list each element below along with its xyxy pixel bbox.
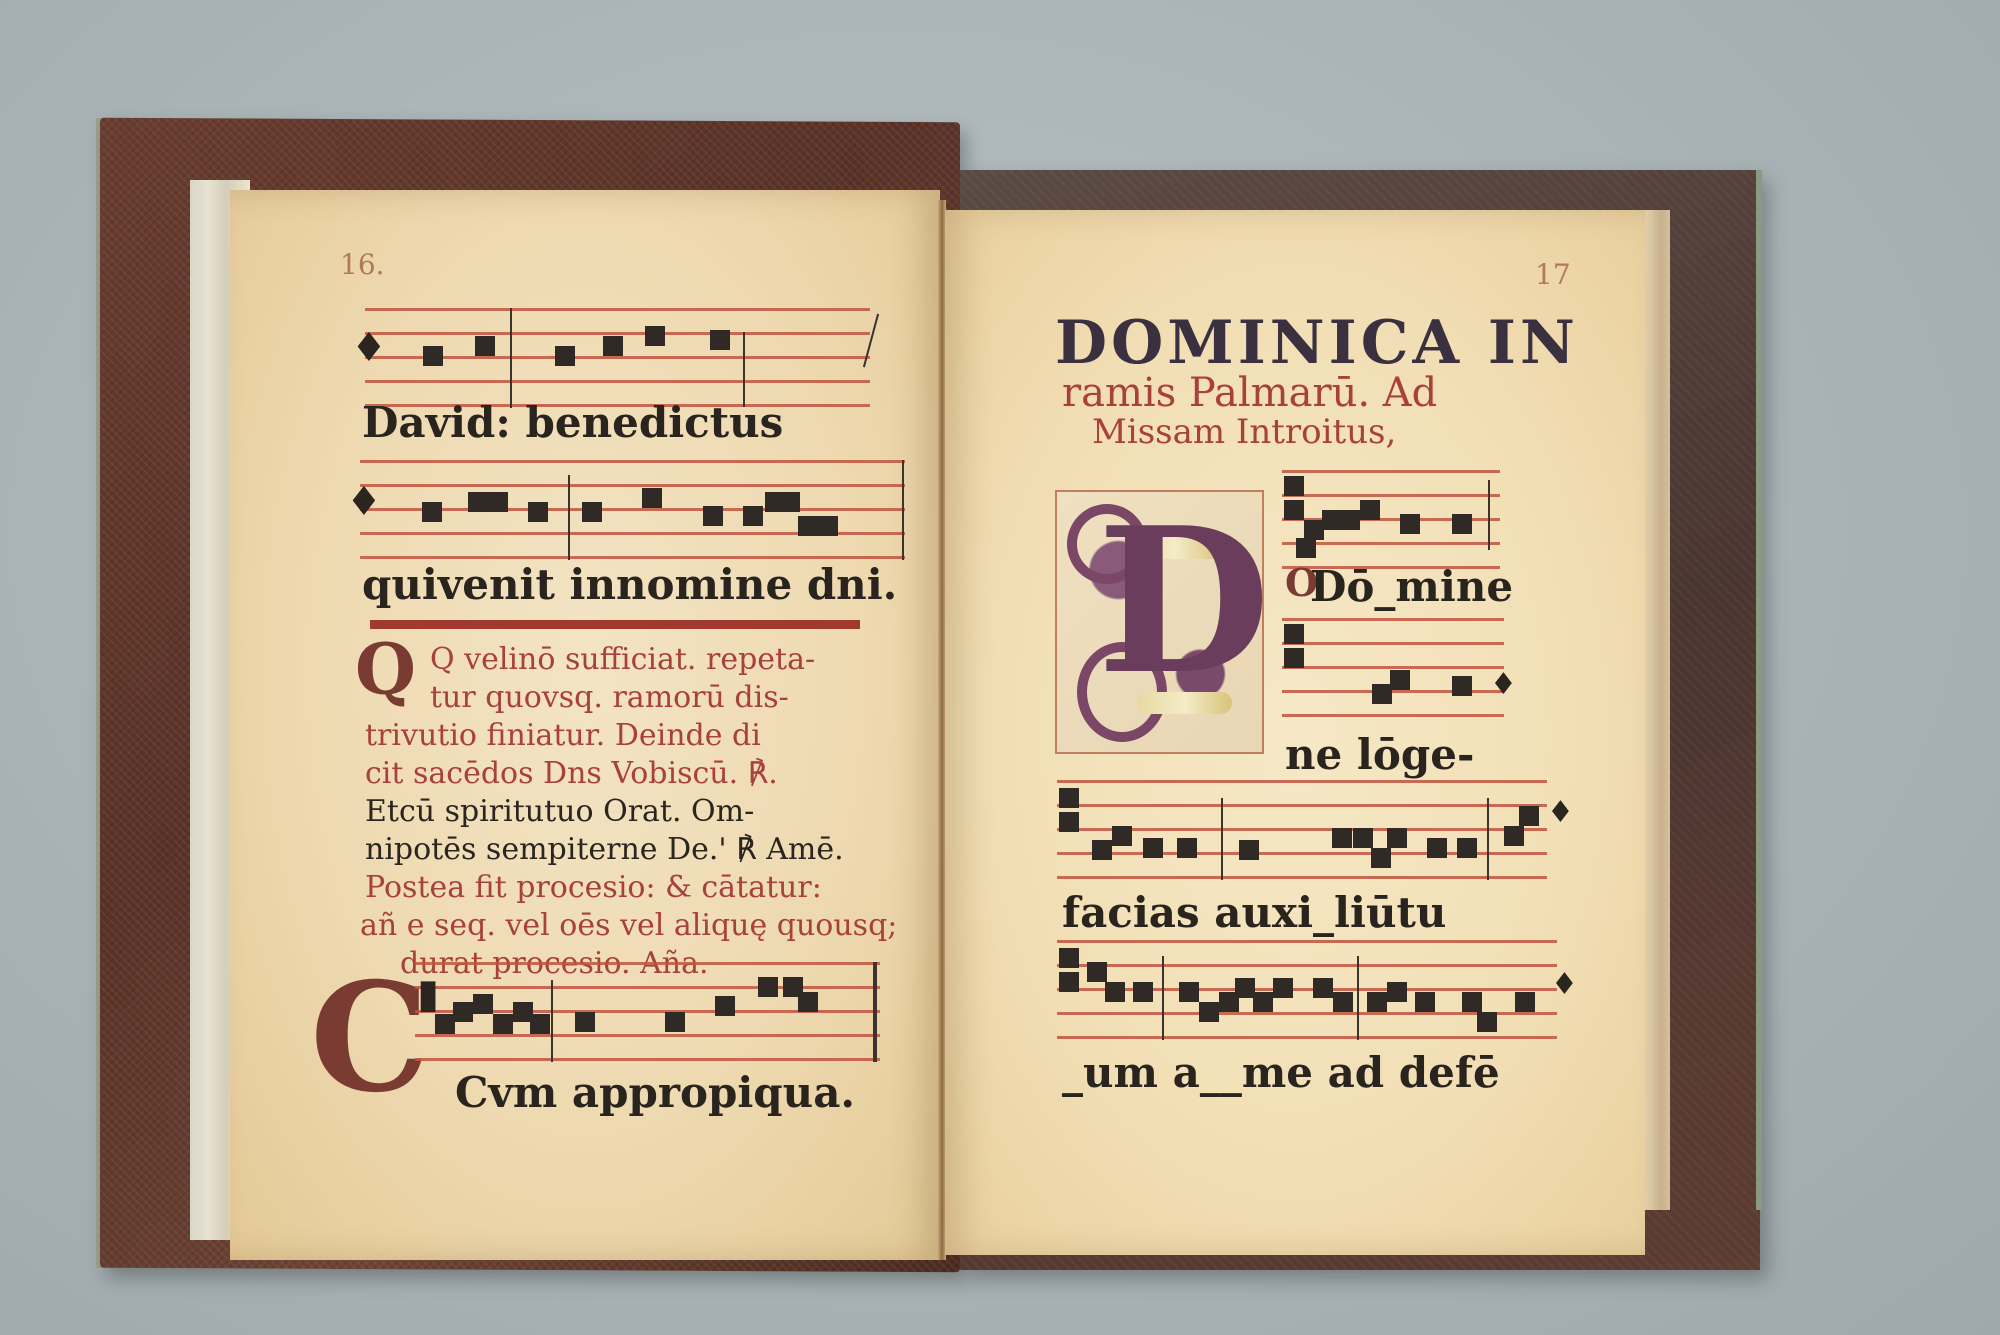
feast-subtitle: ramis Palmarū. Ad bbox=[1062, 370, 1437, 416]
clef-icon: ♦ bbox=[351, 328, 387, 368]
custos-icon: ♦ bbox=[1551, 970, 1578, 1000]
rubric-line: tur quovsq. ramorū dis- bbox=[430, 680, 789, 715]
lyric-line: _um a__me ad defē bbox=[1062, 1048, 1500, 1097]
lyric-line: ne lōge- bbox=[1285, 730, 1474, 779]
clef-icon: ♦ bbox=[346, 482, 382, 522]
feast-subtitle: Missam Introitus, bbox=[1092, 412, 1396, 452]
custos-icon: ♦ bbox=[1490, 670, 1517, 700]
lyric-line: Dō_mine bbox=[1310, 562, 1513, 611]
music-staff: ♦ bbox=[360, 460, 905, 560]
folio-number-right: 17 bbox=[1535, 258, 1571, 291]
rubric-line: añ e seq. vel oēs vel aliquę quousq; bbox=[360, 908, 897, 943]
lyric-line: quivenit innomine dni. bbox=[362, 560, 897, 609]
cover-right-edge bbox=[1756, 170, 1762, 1210]
music-staff: ▮ bbox=[415, 962, 880, 1062]
decorated-initial-c: C bbox=[310, 950, 429, 1126]
illuminated-initial: D bbox=[1055, 490, 1264, 754]
music-staff: ♦ bbox=[1057, 940, 1557, 1040]
folio-number-left: 16. bbox=[340, 248, 385, 281]
rubric-line: Q velinō sufficiat. repeta- bbox=[430, 642, 815, 677]
custos-icon: ♦ bbox=[1547, 798, 1574, 828]
lyric-line: David: benedictus bbox=[362, 398, 783, 447]
music-staff bbox=[1282, 470, 1500, 570]
lyric-line: facias auxi_liūtu bbox=[1062, 888, 1446, 937]
rubric-line: Postea fit procesio: & cātatur: bbox=[365, 870, 822, 905]
clef-icon: ▮ bbox=[417, 974, 439, 1014]
music-staff: ♦ bbox=[365, 308, 870, 408]
decorated-initial-q: Q bbox=[355, 628, 416, 711]
rubric-line: Etcū spiritutuo Orat. Om- bbox=[365, 794, 754, 829]
rubric-rule bbox=[370, 620, 860, 629]
music-staff: ♦ bbox=[1057, 780, 1547, 880]
rubric-line: cit sacēdos Dns Vobiscū. ℟. bbox=[365, 756, 778, 791]
rubric-line: trivutio finiatur. Deinde di bbox=[365, 718, 761, 753]
music-staff: ♦ bbox=[1282, 618, 1504, 718]
lyric-line: Cvm appropiqua. bbox=[455, 1068, 855, 1117]
feast-title: DOMINICA IN bbox=[1055, 308, 1579, 378]
rubric-line: nipotēs sempiterne De.' ℟ Amē. bbox=[365, 832, 844, 867]
